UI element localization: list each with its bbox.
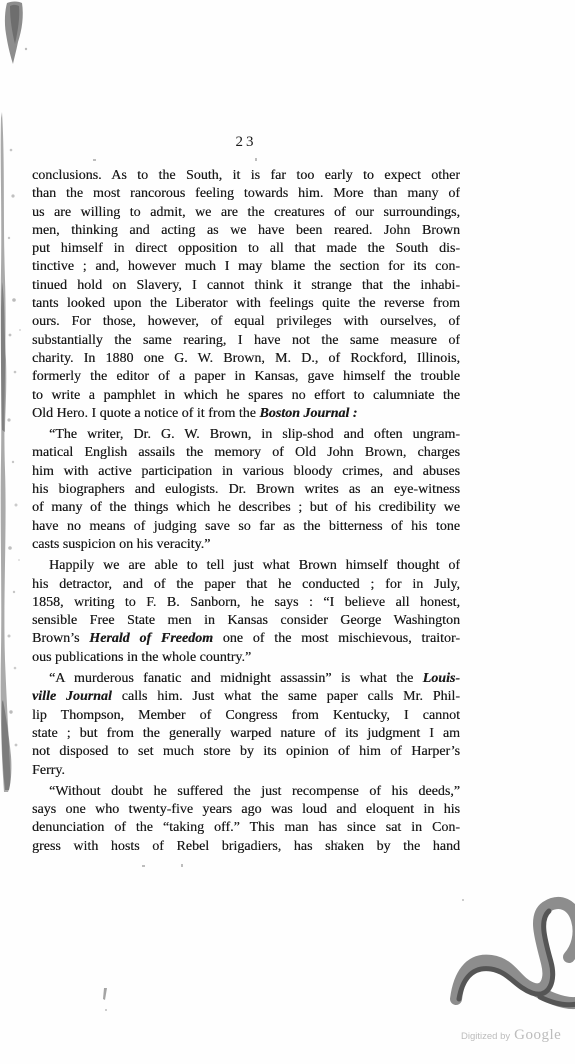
digitized-by-label: Digitized by [461, 1031, 510, 1042]
text-line: lip Thompson, Member of Congress from Ke… [32, 707, 460, 725]
text-line: than the most rancorous feeling towards … [32, 185, 460, 203]
text-line: conclusions. As to the South, it is far … [32, 167, 460, 185]
text-line: sensible Free State men in Kansas consid… [32, 612, 460, 630]
text-line: Ferry. [32, 762, 460, 780]
text-line: men, thinking and acting as we have been… [32, 222, 460, 240]
page-curl-icon [456, 903, 575, 1005]
paragraph: “Without doubt he suffered the just reco… [32, 783, 460, 856]
google-watermark: Digitized by Google [461, 1027, 561, 1044]
text-line: ville Journal calls him. Just what the s… [32, 688, 460, 706]
text-line: tants looked upon the Liberator with fee… [32, 295, 460, 313]
google-logo: Google [514, 1027, 561, 1044]
paragraph: Happily we are able to tell just what Br… [32, 557, 460, 667]
text-line: Brown’s Herald of Freedom one of the mos… [32, 630, 460, 648]
text-line: Happily we are able to tell just what Br… [32, 557, 460, 575]
text-line: of many of the things which he describes… [32, 499, 460, 517]
text-line: charity. In 1880 one G. W. Brown, M. D.,… [32, 350, 460, 368]
book-page: 23 conclusions. As to the South, it is f… [0, 0, 575, 1064]
text-line: to write a pamphlet in which he spares n… [32, 387, 460, 405]
text-line: his detractor, and of the paper that he … [32, 576, 460, 594]
text-line: denunciation of the “taking off.” This m… [32, 819, 460, 837]
text-line: not disposed to set much store by its op… [32, 743, 460, 761]
binding-smudge-top-icon [5, 2, 27, 65]
text-line: us are willing to admit, we are the crea… [32, 204, 460, 222]
text-line: state ; but from the generally warped na… [32, 725, 460, 743]
page-number: 23 [32, 134, 460, 151]
text-line: “Without doubt he suffered the just reco… [32, 783, 460, 801]
text-line: substantially the same rearing, I have n… [32, 332, 460, 350]
text-line: casts suspicion on his veracity.” [32, 536, 460, 554]
text-line: formerly the editor of a paper in Kansas… [32, 368, 460, 386]
binding-streak-icon [1, 112, 21, 792]
text-line: matical English assails the memory of Ol… [32, 444, 460, 462]
text-line: tinued hold on Slavery, I cannot think i… [32, 277, 460, 295]
paragraph: “The writer, Dr. G. W. Brown, in slip-sh… [32, 426, 460, 554]
text-line: “The writer, Dr. G. W. Brown, in slip-sh… [32, 426, 460, 444]
text-line: tinctive ; and, however much I may blame… [32, 258, 460, 276]
text-line: says one who twenty-five years ago was l… [32, 801, 460, 819]
text-line: gress with hosts of Rebel brigadiers, ha… [32, 838, 460, 856]
text-line: him with active participation in various… [32, 463, 460, 481]
text-line: have no means of judging save so far as … [32, 518, 460, 536]
page-text: conclusions. As to the South, it is far … [32, 167, 460, 856]
text-line: ours. For those, however, of equal privi… [32, 313, 460, 331]
text-line: ous publications in the whole country.” [32, 649, 460, 667]
text-line: 1858, writing to F. B. Sanborn, he says … [32, 594, 460, 612]
text-line: “A murderous fanatic and midnight assass… [32, 670, 460, 688]
text-line: his biographers and eulogists. Dr. Brown… [32, 481, 460, 499]
paragraph: conclusions. As to the South, it is far … [32, 167, 460, 423]
text-line: put himself in direct opposition to all … [32, 240, 460, 258]
text-line: Old Hero. I quote a notice of it from th… [32, 405, 460, 423]
paragraph: “A murderous fanatic and midnight assass… [32, 670, 460, 780]
